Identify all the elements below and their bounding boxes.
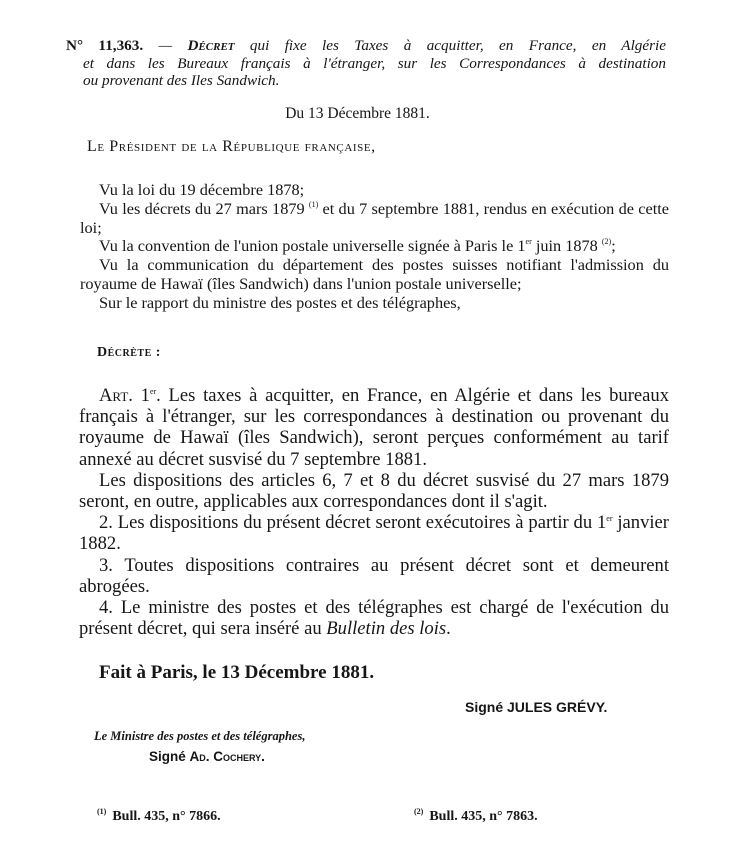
- done-at-paris: Fait à Paris, le 13 Décembre 1881.: [99, 662, 374, 684]
- header-line-3: ou provenant des Iles Sandwich.: [66, 72, 666, 90]
- footnote-text: Bull. 435, n° 7866.: [112, 809, 220, 824]
- signature-president: Signé JULES GRÉVY.: [465, 699, 607, 715]
- consideration-4: Vu la communication du département des p…: [80, 256, 669, 294]
- consideration-text: juin 1878: [532, 236, 602, 255]
- header-line-2: et dans les Bureaux français à l'étrange…: [66, 55, 666, 73]
- signature-minister: Signé Ad. Cochery.: [149, 749, 265, 764]
- footnote-ref-1: (1): [309, 200, 318, 209]
- footnote-marker: (1): [97, 807, 106, 816]
- considerations: Vu la loi du 19 décembre 1878; Vu les dé…: [80, 181, 669, 313]
- article-2: 2. Les dispositions du présent décret se…: [79, 512, 669, 554]
- consideration-text: Vu les décrets du 27 mars 1879: [99, 199, 309, 218]
- decree-date: Du 13 Décembre 1881.: [0, 105, 715, 123]
- articles: Art. 1er. Les taxes à acquitter, en Fran…: [79, 385, 669, 639]
- article-1-paragraph-2: Les dispositions des articles 6, 7 et 8 …: [79, 470, 669, 512]
- minister-title: Le Ministre des postes et des télégraphe…: [94, 729, 305, 744]
- consideration-1: Vu la loi du 19 décembre 1878;: [80, 181, 669, 200]
- header-line-1: N° 11,363. — Décret qui fixe les Taxes à…: [66, 37, 666, 55]
- article-1: Art. 1er. Les taxes à acquitter, en Fran…: [79, 385, 669, 470]
- header-title-part-1: qui fixe les Taxes à acquitter, en Franc…: [235, 37, 666, 54]
- decrete-label: Décrète :: [97, 345, 161, 361]
- footnote-text: Bull. 435, n° 7863.: [429, 809, 537, 824]
- consideration-text: Vu la convention de l'union postale univ…: [99, 236, 526, 255]
- consideration-3: Vu la convention de l'union postale univ…: [80, 237, 669, 256]
- footnote-marker: (2): [414, 807, 423, 816]
- consideration-text: Vu la loi du 19 décembre 1878;: [99, 180, 304, 199]
- article-2-text: 2. Les dispositions du présent décret se…: [99, 512, 606, 533]
- bulletin-des-lois: Bulletin des lois: [326, 618, 446, 639]
- consideration-5: Sur le rapport du ministre des postes et…: [80, 294, 669, 313]
- consideration-text: Sur le rapport du ministre des postes et…: [99, 293, 461, 312]
- consideration-text: ;: [611, 236, 616, 255]
- minister-name: Ad. Cochery.: [190, 749, 265, 764]
- header-dash: —: [143, 37, 187, 54]
- president-heading: Le Président de la République française,: [87, 138, 376, 156]
- article-1-text: . Les taxes à acquitter, en France, en A…: [79, 385, 669, 470]
- footnote-ref-2: (2): [602, 237, 611, 246]
- article-4: 4. Le ministre des postes et des télégra…: [79, 597, 669, 639]
- footnote-2: (2)Bull. 435, n° 7863.: [414, 809, 538, 825]
- consideration-2: Vu les décrets du 27 mars 1879 (1) et du…: [80, 200, 669, 238]
- consideration-text: Vu la communication du département des p…: [80, 255, 669, 293]
- footnote-1: (1)Bull. 435, n° 7866.: [97, 809, 221, 825]
- article-3: 3. Toutes dispositions contraires au pré…: [79, 555, 669, 597]
- article-1-label: Art. 1: [99, 385, 150, 406]
- signature-prefix: Signé: [149, 749, 190, 764]
- article-4-text: .: [446, 618, 451, 639]
- decree-word: Décret: [187, 37, 234, 54]
- decree-header: N° 11,363. — Décret qui fixe les Taxes à…: [66, 37, 666, 90]
- decree-number: N° 11,363.: [66, 37, 143, 54]
